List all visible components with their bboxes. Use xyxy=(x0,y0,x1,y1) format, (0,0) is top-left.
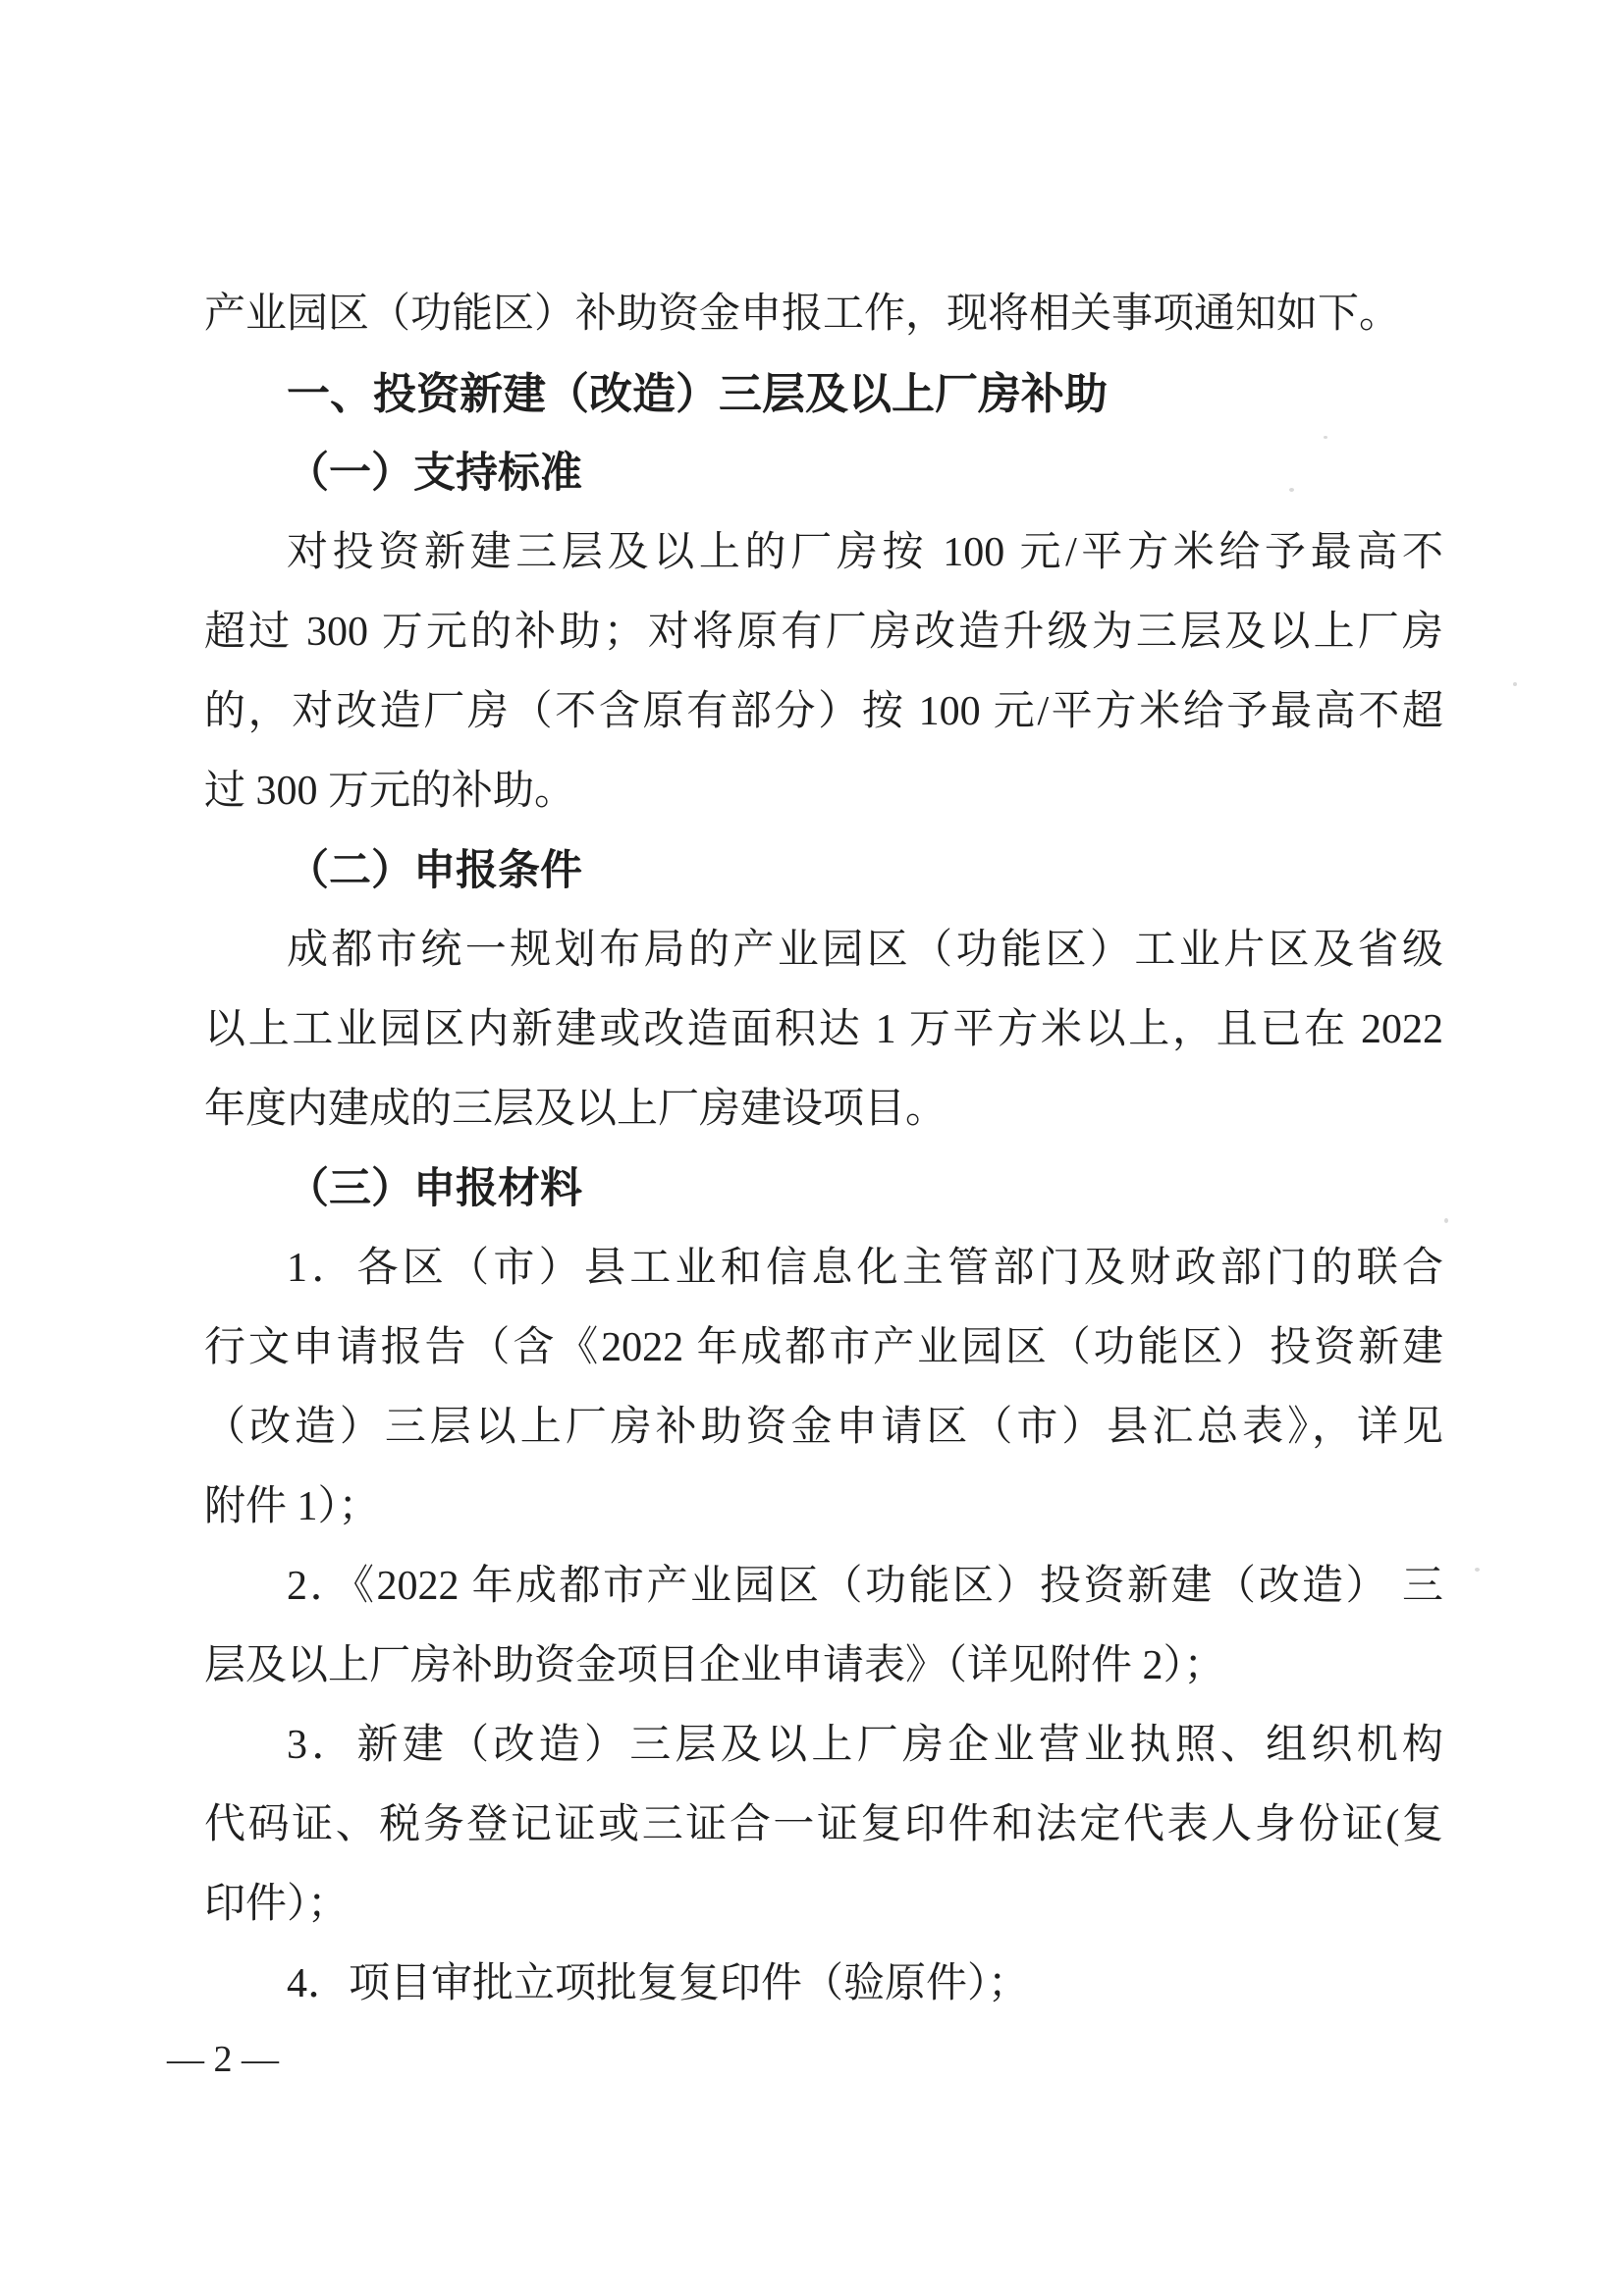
subsection-heading: （一）支持标准 xyxy=(204,434,1443,513)
paragraph-line: 超过 300 万元的补助；对将原有厂房改造升级为三层及以上厂房 xyxy=(204,593,1443,672)
list-item-line: 3．新建（改造）三层及以上厂房企业营业执照、组织机构 xyxy=(204,1706,1443,1786)
paragraph-line: 对投资新建三层及以上的厂房按 100 元/平方米给予最高不 xyxy=(204,513,1443,593)
paragraph-line: 附件 1）； xyxy=(204,1468,1443,1547)
list-item-line: 4．项目审批立项批复复印件（验原件）； xyxy=(204,1945,1443,2024)
paragraph-line: 年度内建成的三层及以上厂房建设项目。 xyxy=(204,1070,1443,1149)
paragraph-line: 印件）； xyxy=(204,1865,1443,1945)
paragraph-line: 过 300 万元的补助。 xyxy=(204,752,1443,831)
scan-speck xyxy=(1444,1218,1448,1223)
paragraph-line: 产业园区（功能区）补助资金申报工作，现将相关事项通知如下。 xyxy=(204,275,1443,354)
subsection-heading: （三）申报材料 xyxy=(204,1149,1443,1229)
scan-speck xyxy=(1475,1568,1480,1572)
document-body: 产业园区（功能区）补助资金申报工作，现将相关事项通知如下。 一、投资新建（改造）… xyxy=(204,275,1443,2024)
scan-speck xyxy=(1513,682,1517,686)
paragraph-line: 以上工业园区内新建或改造面积达 1 万平方米以上，且已在 2022 xyxy=(204,990,1443,1070)
paragraph-line: 成都市统一规划布局的产业园区（功能区）工业片区及省级 xyxy=(204,911,1443,990)
scan-speck xyxy=(1289,488,1294,492)
paragraph-line: 的，对改造厂房（不含原有部分）按 100 元/平方米给予最高不超 xyxy=(204,672,1443,752)
scan-speck xyxy=(1324,436,1327,439)
list-item-line: 1．各区（市）县工业和信息化主管部门及财政部门的联合 xyxy=(204,1229,1443,1308)
paragraph-line: （改造）三层以上厂房补助资金申请区（市）县汇总表》，详见 xyxy=(204,1388,1443,1468)
paragraph-line: 层及以上厂房补助资金项目企业申请表》（详见附件 2）； xyxy=(204,1627,1443,1706)
paragraph-line: 行文申请报告（含《2022 年成都市产业园区（功能区）投资新建 xyxy=(204,1308,1443,1388)
document-page: 产业园区（功能区）补助资金申报工作，现将相关事项通知如下。 一、投资新建（改造）… xyxy=(0,0,1623,2296)
subsection-heading: （二）申报条件 xyxy=(204,831,1443,911)
list-item-line: 2．《2022 年成都市产业园区（功能区）投资新建（改造） 三 xyxy=(204,1547,1443,1627)
paragraph-line: 代码证、税务登记证或三证合一证复印件和法定代表人身份证(复 xyxy=(204,1786,1443,1865)
page-number: — 2 — xyxy=(167,2028,279,2091)
section-heading: 一、投资新建（改造）三层及以上厂房补助 xyxy=(204,354,1443,434)
